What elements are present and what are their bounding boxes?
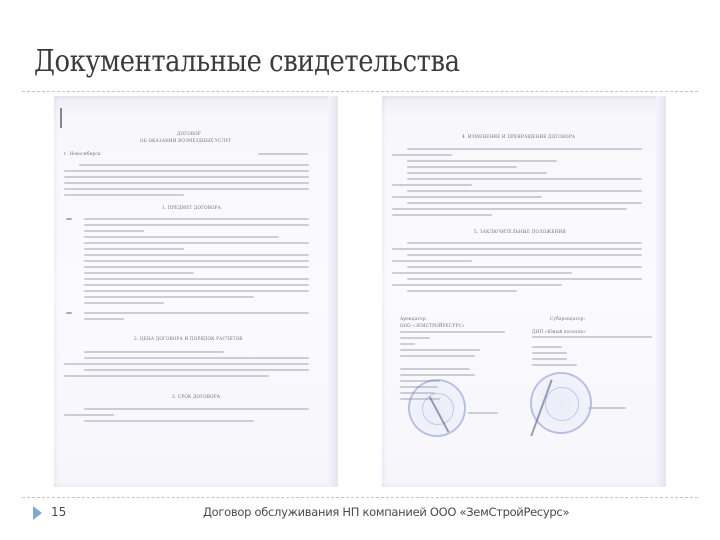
- section-1-heading: 1. ПРЕДМЕТ ДОГОВОРА: [162, 205, 221, 210]
- party-sublessee-label: Субарендатор:: [550, 316, 585, 321]
- doc-city: г. Новосибирск: [64, 151, 101, 156]
- title-divider: [22, 91, 698, 92]
- section-5-heading: 5. ЗАКЛЮЧИТЕЛЬНЫЕ ПОЛОЖЕНИЯ: [474, 229, 566, 234]
- bullet-arrow-icon: [33, 506, 42, 520]
- party-sublessee-name: ДНП «Юный поселок»: [532, 329, 586, 334]
- page-edge: [328, 96, 338, 487]
- company-stamp-right: [530, 372, 592, 434]
- scanned-document-page-1: ДОГОВОР ОБ ОКАЗАНИИ ВОЗМЕЗДНЫХ УСЛУГ г. …: [54, 96, 338, 487]
- slide-title: Документальные свидетельства: [34, 44, 460, 79]
- scan-mark: [60, 108, 62, 128]
- doc-title: ДОГОВОР: [177, 131, 201, 136]
- party-lessee-label: Арендатор:: [400, 316, 427, 321]
- doc-subtitle: ОБ ОКАЗАНИИ ВОЗМЕЗДНЫХ УСЛУГ: [140, 138, 231, 143]
- doc-date: [258, 153, 308, 155]
- party-lessee-name: ООО «ЗЕМСТРОЙРЕСУРС»: [400, 323, 465, 328]
- section-2-heading: 2. ЦЕНА ДОГОВОРА И ПОРЯДОК РАСЧЕТОВ: [134, 336, 243, 341]
- scanned-document-page-2: 4. ИЗМЕНЕНИЕ И ПРЕКРАЩЕНИЕ ДОГОВОРА 5. З…: [382, 96, 666, 487]
- slide-caption: Договор обслуживания НП компанией ООО «З…: [203, 505, 569, 519]
- page-edge: [656, 96, 666, 487]
- footer-divider: [22, 497, 698, 498]
- section-3-heading: 3. СРОК ДОГОВОРА: [172, 394, 220, 399]
- slide-number: 15: [51, 505, 66, 519]
- section-4-heading: 4. ИЗМЕНЕНИЕ И ПРЕКРАЩЕНИЕ ДОГОВОРА: [462, 134, 575, 139]
